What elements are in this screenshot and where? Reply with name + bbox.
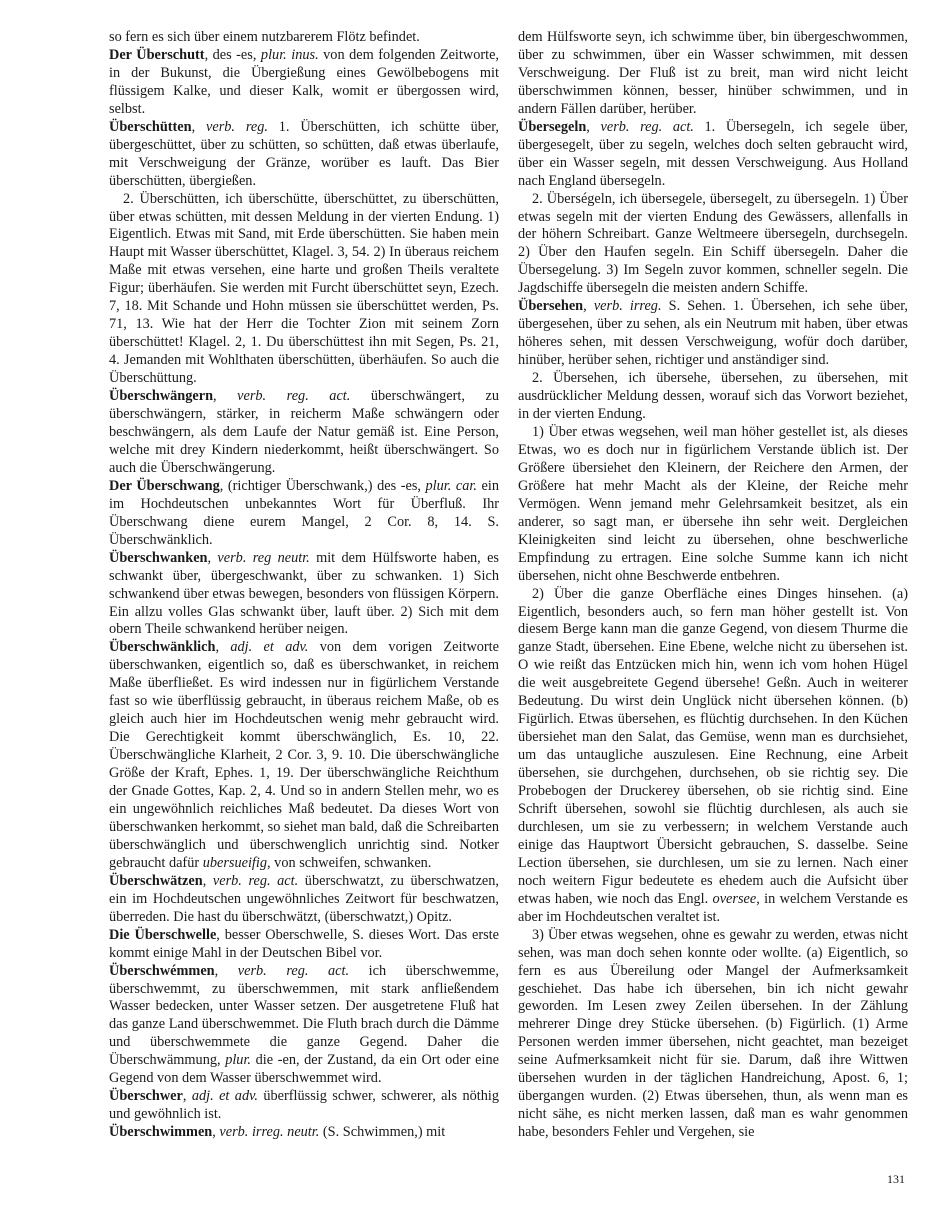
headword: Überschwänklich (109, 639, 215, 655)
dictionary-entry: Überschütten, verb. reg. 1. Überschütten… (109, 119, 499, 191)
entry-text: , (208, 550, 218, 566)
grammar-label: plur. car. (426, 478, 477, 494)
grammar-label: verb. reg neutr. (217, 550, 309, 566)
headword: Die Überschwelle (109, 927, 216, 943)
entry-paragraph: 2. Übersehen, ich übersehe, übersehen, z… (518, 370, 908, 424)
grammar-label: verb. reg. act. (238, 963, 349, 979)
dictionary-entry: Der Überschutt, des -es, plur. inus. von… (109, 47, 499, 119)
entry-text: 2. Überschütten, ich überschütte, übersc… (109, 191, 499, 387)
dictionary-entry: Überschwimmen, verb. irreg. neutr. (S. S… (109, 1124, 499, 1142)
entry-text: , (203, 873, 213, 889)
dictionary-entry: Übersehen, verb. irreg. S. Sehen. 1. Übe… (518, 298, 908, 370)
grammar-label: ubersueifig, (203, 855, 271, 871)
entry-text: 3) Über etwas wegsehen, ohne es gewahr z… (518, 927, 908, 1140)
dictionary-entry: Überschwer, adj. et adv. überflüssig sch… (109, 1088, 499, 1124)
dictionary-entry: Überschwängern, verb. reg. act. überschw… (109, 388, 499, 478)
headword: Der Überschwang (109, 478, 220, 494)
headword: Überschwätzen (109, 873, 203, 889)
entry-text: , (215, 639, 230, 655)
dictionary-entry: Überschwémmen, verb. reg. act. ich übers… (109, 963, 499, 1089)
headword: Übersehen (518, 298, 583, 314)
entry-text: dem Hülfsworte seyn, ich schwimme über, … (518, 29, 908, 117)
grammar-label: adj. et adv. (230, 639, 308, 655)
entry-paragraph: dem Hülfsworte seyn, ich schwimme über, … (518, 29, 908, 119)
right-column: dem Hülfsworte seyn, ich schwimme über, … (518, 29, 908, 1142)
entry-paragraph: 3) Über etwas wegsehen, ohne es gewahr z… (518, 927, 908, 1142)
dictionary-entry: Überschwänklich, adj. et adv. von dem vo… (109, 639, 499, 872)
entry-text: , des -es, (205, 47, 261, 63)
dictionary-entry: Die Überschwelle, besser Oberschwelle, S… (109, 927, 499, 963)
grammar-label: oversee, (713, 891, 760, 907)
dictionary-entry: Überschwätzen, verb. reg. act. überschwa… (109, 873, 499, 927)
grammar-label: verb. irreg. neutr. (219, 1124, 319, 1140)
grammar-label: plur. inus. (261, 47, 319, 63)
entry-text: 2. Übersehen, ich übersehe, übersehen, z… (518, 370, 908, 422)
headword: Überschwimmen (109, 1124, 212, 1140)
entry-text: 1) Über etwas wegsehen, weil man höher g… (518, 424, 908, 584)
entry-text: so fern es sich über einem nutzbarerem F… (109, 29, 420, 45)
dictionary-entry: Überschwanken, verb. reg neutr. mit dem … (109, 550, 499, 640)
entry-paragraph: so fern es sich über einem nutzbarerem F… (109, 29, 499, 47)
entry-text: von dem vorigen Zeitworte überschwanken,… (109, 639, 499, 870)
page-number: 131 (887, 1172, 905, 1187)
entry-paragraph: 2) Über die ganze Oberfläche eines Dinge… (518, 586, 908, 927)
entry-text: , (586, 119, 600, 135)
entry-text: von schweifen, schwanken. (271, 855, 432, 871)
dictionary-entry: Der Überschwang, (richtiger Überschwank,… (109, 478, 499, 550)
dictionary-page: so fern es sich über einem nutzbarerem F… (0, 0, 935, 1210)
headword: Überschwer (109, 1088, 183, 1104)
entry-text: , (215, 963, 238, 979)
entry-text: , (192, 119, 206, 135)
entry-text: , (183, 1088, 192, 1104)
entry-paragraph: 1) Über etwas wegsehen, weil man höher g… (518, 424, 908, 586)
entry-text: 2) Über die ganze Oberfläche eines Dinge… (518, 586, 908, 907)
entry-text: (S. Schwimmen,) mit (319, 1124, 445, 1140)
entry-text: , (213, 388, 237, 404)
entry-text: 2. Überségeln, ich übersegele, übersegel… (518, 191, 908, 297)
headword: Überschwanken (109, 550, 208, 566)
grammar-label: verb. reg. (206, 119, 268, 135)
headword: Überschwémmen (109, 963, 215, 979)
grammar-label: verb. irreg. (594, 298, 662, 314)
entry-text: , (richtiger Überschwank,) des -es, (220, 478, 426, 494)
grammar-label: plur. (225, 1052, 251, 1068)
headword: Übersegeln (518, 119, 586, 135)
headword: Überschütten (109, 119, 192, 135)
dictionary-entry: Übersegeln, verb. reg. act. 1. Übersegel… (518, 119, 908, 191)
entry-paragraph: 2. Überségeln, ich übersegele, übersegel… (518, 191, 908, 299)
entry-text: , (583, 298, 594, 314)
grammar-label: adj. et adv. (192, 1088, 258, 1104)
grammar-label: verb. reg. act. (213, 873, 298, 889)
headword: Der Überschutt (109, 47, 205, 63)
left-column: so fern es sich über einem nutzbarerem F… (109, 29, 499, 1142)
grammar-label: verb. reg. act. (601, 119, 694, 135)
headword: Überschwängern (109, 388, 213, 404)
grammar-label: verb. reg. act. (237, 388, 350, 404)
entry-paragraph: 2. Überschütten, ich überschütte, übersc… (109, 191, 499, 388)
